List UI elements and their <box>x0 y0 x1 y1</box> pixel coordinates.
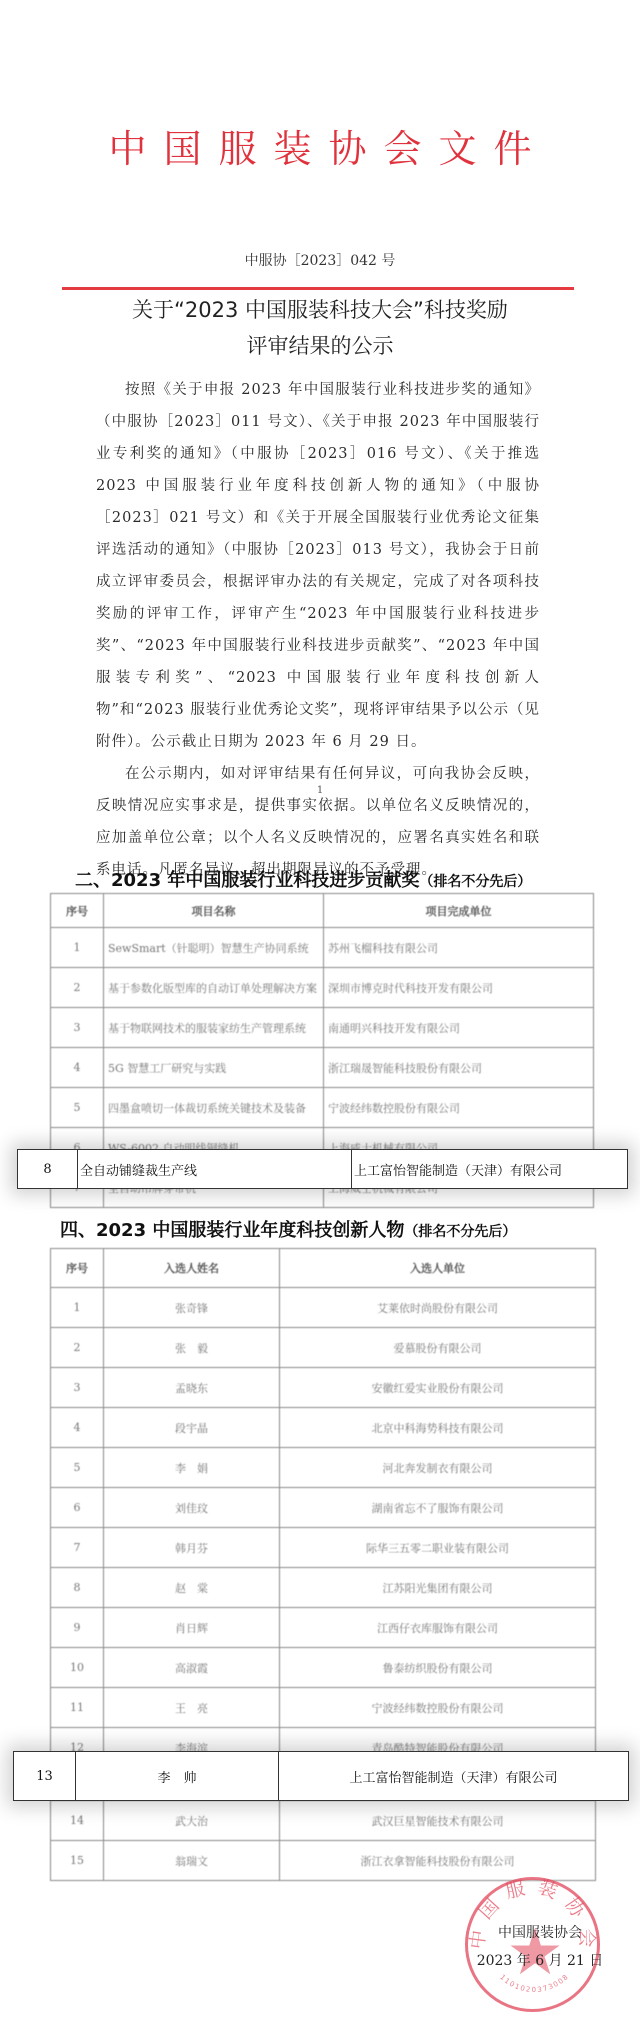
seal-arc-text: 中国服装协会 1101020373008 <box>465 1877 600 2012</box>
table-row: 15翁瑞文浙江衣拿智能科技股份有限公司 <box>51 1841 596 1881</box>
row-number: 3 <box>51 1008 104 1048</box>
person-name: 张 毅 <box>104 1328 280 1368</box>
person-unit: 际华三五零二职业装有限公司 <box>280 1528 596 1568</box>
table-row: 45G 智慧工厂研究与实践浙江瑞晟智能科技股份有限公司 <box>51 1048 594 1088</box>
document-org-title: 中国服装协会文件 <box>0 118 640 173</box>
person-unit: 安徽红爱实业股份有限公司 <box>280 1368 596 1408</box>
table-row: 6刘佳玟湖南省忘不了服饰有限公司 <box>51 1488 596 1528</box>
svg-text:1101020373008: 1101020373008 <box>498 1972 570 1994</box>
person-unit: 浙江衣拿智能科技股份有限公司 <box>280 1841 596 1881</box>
person-name: 高淑霞 <box>104 1648 280 1688</box>
project-name: 5G 智慧工厂研究与实践 <box>104 1048 324 1088</box>
table-row: 3基于物联网技术的服装家纺生产管理系统南通明兴科技开发有限公司 <box>51 1008 594 1048</box>
section4-heading: 四、2023 中国服装行业年度科技创新人物（排名不分先后） <box>60 1216 620 1242</box>
section2-heading-note: （排名不分先后） <box>419 874 531 890</box>
title-line-1: 关于“2023 中国服装科技大会”科技奖励 <box>132 298 508 322</box>
section4-heading-text: 四、2023 中国服装行业年度科技创新人物 <box>60 1220 404 1241</box>
signature-org: 中国服装协会 <box>440 1922 640 1942</box>
table-row: 3孟晓东安徽红爱实业股份有限公司 <box>51 1368 596 1408</box>
section2-heading: 二、2023 年中国服装行业科技进步贡献奖（排名不分先后） <box>75 866 635 892</box>
person-unit: 北京中科海势科技有限公司 <box>280 1408 596 1448</box>
person-name: 王 亮 <box>104 1688 280 1728</box>
project-unit: 宁波经纬数控股份有限公司 <box>324 1088 594 1128</box>
highlight-person-name: 李 帅 <box>76 1752 279 1800</box>
person-unit: 艾莱依时尚股份有限公司 <box>280 1288 596 1328</box>
seal-org-text: 中国服装协会 <box>466 1877 598 1958</box>
document-number: 中服协［2023］042 号 <box>0 250 640 270</box>
person-name: 张奇锋 <box>104 1288 280 1328</box>
column-header: 序号 <box>51 894 104 928</box>
column-header: 入选人单位 <box>280 1249 596 1288</box>
person-name: 韩月芬 <box>104 1528 280 1568</box>
row-number: 10 <box>51 1648 104 1688</box>
table-row: 8赵 棠江苏阳光集团有限公司 <box>51 1568 596 1608</box>
section4-table-continued: 14武大治武汉巨星智能技术有限公司 15翁瑞文浙江衣拿智能科技股份有限公司 <box>50 1800 596 1881</box>
person-name: 刘佳玟 <box>104 1488 280 1528</box>
row-number: 11 <box>51 1688 104 1728</box>
person-name: 赵 棠 <box>104 1568 280 1608</box>
table-header-row: 序号 项目名称 项目完成单位 <box>51 894 594 928</box>
project-unit: 深圳市博克时代科技开发有限公司 <box>324 968 594 1008</box>
project-name: 基于物联网技术的服装家纺生产管理系统 <box>104 1008 324 1048</box>
person-unit: 爱慕股份有限公司 <box>280 1328 596 1368</box>
row-number: 2 <box>51 1328 104 1368</box>
project-name: SewSmart（针聪明）智慧生产协同系统 <box>104 928 324 968</box>
row-number: 2 <box>51 968 104 1008</box>
title-line-2: 评审结果的公示 <box>0 328 640 364</box>
table-row: 5四墨盒喷切一体裁切系统关键技术及装备宁波经纬数控股份有限公司 <box>51 1088 594 1128</box>
person-unit: 湖南省忘不了服饰有限公司 <box>280 1488 596 1528</box>
table-row: 7韩月芬际华三五零二职业装有限公司 <box>51 1528 596 1568</box>
highlight-project-name: 全自动铺缝裁生产线 <box>78 1150 352 1188</box>
row-number: 4 <box>51 1408 104 1448</box>
highlight-person-unit: 上工富怡智能制造（天津）有限公司 <box>279 1752 628 1800</box>
person-unit: 江西仔衣库服饰有限公司 <box>280 1608 596 1648</box>
section4-heading-note: （排名不分先后） <box>404 1224 516 1240</box>
row-number: 1 <box>51 1288 104 1328</box>
project-unit: 浙江瑞晟智能科技股份有限公司 <box>324 1048 594 1088</box>
highlighted-row-section2: 8 全自动铺缝裁生产线 上工富怡智能制造（天津）有限公司 <box>17 1149 628 1189</box>
table-row: 5李 娟河北奔发制衣有限公司 <box>51 1448 596 1488</box>
table-row: 2张 毅爱慕股份有限公司 <box>51 1328 596 1368</box>
person-name: 翁瑞文 <box>104 1841 280 1881</box>
column-header: 项目名称 <box>104 894 324 928</box>
seal-code-text: 1101020373008 <box>498 1972 570 1994</box>
header-divider <box>62 287 574 290</box>
row-number: 4 <box>51 1048 104 1088</box>
person-unit: 河北奔发制衣有限公司 <box>280 1448 596 1488</box>
row-number: 15 <box>51 1841 104 1881</box>
person-unit: 鲁泰纺织股份有限公司 <box>280 1648 596 1688</box>
svg-text:中国服装协会: 中国服装协会 <box>466 1877 598 1958</box>
row-number: 5 <box>51 1088 104 1128</box>
highlight-row-number: 8 <box>18 1150 78 1188</box>
person-unit: 宁波经纬数控股份有限公司 <box>280 1688 596 1728</box>
row-number: 9 <box>51 1608 104 1648</box>
signature-date: 2023 年 6 月 21 日 <box>440 1950 640 1970</box>
project-unit: 苏州飞榴科技有限公司 <box>324 928 594 968</box>
row-number: 5 <box>51 1448 104 1488</box>
announcement-title: 关于“2023 中国服装科技大会”科技奖励 评审结果的公示 <box>0 292 640 364</box>
row-number: 1 <box>51 928 104 968</box>
project-name: 基于参数化版型库的自动订单处理解决方案 <box>104 968 324 1008</box>
person-name: 李 娟 <box>104 1448 280 1488</box>
highlight-project-unit: 上工富怡智能制造（天津）有限公司 <box>352 1150 627 1188</box>
table-row: 2基于参数化版型库的自动订单处理解决方案深圳市博克时代科技开发有限公司 <box>51 968 594 1008</box>
table-row: 11王 亮宁波经纬数控股份有限公司 <box>51 1688 596 1728</box>
table-row: 14武大治武汉巨星智能技术有限公司 <box>51 1801 596 1841</box>
person-unit: 江苏阳光集团有限公司 <box>280 1568 596 1608</box>
row-number: 7 <box>51 1528 104 1568</box>
person-name: 武大治 <box>104 1801 280 1841</box>
page-number: 1 <box>0 785 640 796</box>
column-header: 序号 <box>51 1249 104 1288</box>
column-header: 入选人姓名 <box>104 1249 280 1288</box>
table-row: 9肖日辉江西仔衣库服饰有限公司 <box>51 1608 596 1648</box>
project-unit: 南通明兴科技开发有限公司 <box>324 1008 594 1048</box>
row-number: 14 <box>51 1801 104 1841</box>
section4-table: 序号 入选人姓名 入选人单位 1张奇锋艾莱依时尚股份有限公司 2张 毅爱慕股份有… <box>50 1248 596 1768</box>
table-row: 4段宇晶北京中科海势科技有限公司 <box>51 1408 596 1448</box>
announcement-body: 按照《关于申报 2023 年中国服装行业科技进步奖的通知》（中服协［2023］0… <box>96 374 540 886</box>
person-name: 段宇晶 <box>104 1408 280 1448</box>
project-name: 四墨盒喷切一体裁切系统关键技术及装备 <box>104 1088 324 1128</box>
person-name: 孟晓东 <box>104 1368 280 1408</box>
column-header: 项目完成单位 <box>324 894 594 928</box>
row-number: 6 <box>51 1488 104 1528</box>
person-name: 肖日辉 <box>104 1608 280 1648</box>
table-header-row: 序号 入选人姓名 入选人单位 <box>51 1249 596 1288</box>
section2-heading-text: 二、2023 年中国服装行业科技进步贡献奖 <box>75 870 419 891</box>
table-row: 10高淑霞鲁泰纺织股份有限公司 <box>51 1648 596 1688</box>
table-row: 1张奇锋艾莱依时尚股份有限公司 <box>51 1288 596 1328</box>
body-paragraph-1: 按照《关于申报 2023 年中国服装行业科技进步奖的通知》（中服协［2023］0… <box>96 374 540 758</box>
row-number: 3 <box>51 1368 104 1408</box>
person-unit: 武汉巨星智能技术有限公司 <box>280 1801 596 1841</box>
row-number: 8 <box>51 1568 104 1608</box>
highlight-row-number: 13 <box>14 1752 76 1800</box>
table-row: 1SewSmart（针聪明）智慧生产协同系统苏州飞榴科技有限公司 <box>51 928 594 968</box>
highlighted-row-section4: 13 李 帅 上工富怡智能制造（天津）有限公司 <box>13 1751 629 1801</box>
